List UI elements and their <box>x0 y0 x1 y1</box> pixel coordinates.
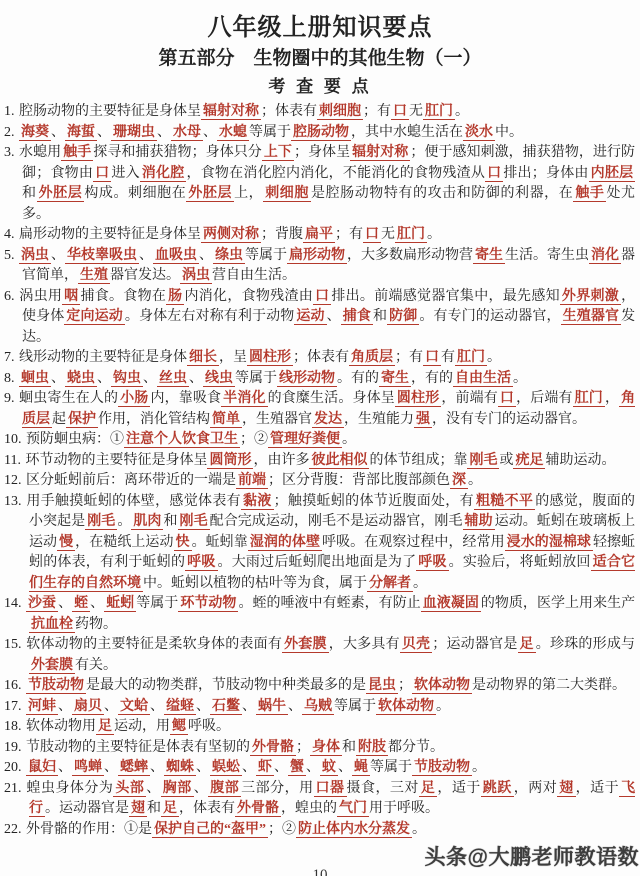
keyword-blank: 足 <box>518 637 536 653</box>
knowledge-item: 12. 区分蚯蚓前后：离环带近的一端是前端；区分背腹：背部比腹部颜色深。 <box>4 471 635 492</box>
page-title: 八年级上册知识要点 <box>0 7 640 42</box>
plain-text: 、 <box>104 760 118 775</box>
plain-text: 、 <box>146 781 160 796</box>
keyword-blank: 胸部 <box>161 781 194 797</box>
keyword-blank: 圆柱形 <box>395 391 441 407</box>
plain-text: 和 <box>147 801 161 816</box>
keyword-blank: 注意个人饮食卫生 <box>124 432 240 448</box>
plain-text: 都分节。 <box>388 740 444 755</box>
knowledge-item: 1. 腔肠动物的主要特征是身体呈辐射对称；体表有刺细胞；有口无肛门。 <box>4 102 635 123</box>
plain-text: 的体节组成；靠 <box>369 453 467 468</box>
keyword-blank: 生殖器官 <box>561 309 622 325</box>
item-number: 10. <box>4 432 26 447</box>
keyword-blank: 消化腔 <box>140 166 187 182</box>
item-number: 6. <box>4 289 19 304</box>
plain-text: 。 <box>342 432 356 447</box>
plain-text: 。 <box>117 514 131 529</box>
plain-text: 、 <box>139 248 153 263</box>
page-subtitle: 第五部分 生物圈中的其他生物（一） <box>0 43 640 70</box>
keyword-blank: 口 <box>93 166 111 182</box>
knowledge-item: 3. 水螅用触手探寻和捕获猎物；身体只分上下；身体呈辐射对称；便于感知刺激，捕获… <box>4 143 635 225</box>
plain-text: 。 <box>472 760 486 775</box>
keyword-blank: 定向运动 <box>64 309 125 325</box>
keyword-blank: 细长 <box>187 350 219 366</box>
plain-text: 区分蚯蚓前后：离环带近的一端是 <box>26 473 236 488</box>
keyword-blank: 粗糙不平 <box>474 494 535 510</box>
plain-text: 等属于 <box>136 596 178 611</box>
keyword-blank: 抗血栓 <box>29 617 75 633</box>
knowledge-item: 22. 外骨骼的作用：①是保护自己的“盔甲”；②防止体内水分蒸发。 <box>4 820 635 841</box>
keyword-blank: 强 <box>414 412 432 428</box>
keyword-blank: 肠 <box>166 289 184 305</box>
plain-text: ；有 <box>335 227 363 242</box>
plain-text: 、 <box>203 125 217 140</box>
keyword-blank: 扇贝 <box>72 699 104 715</box>
plain-text: 等属于 <box>334 699 376 714</box>
keyword-blank: 口 <box>498 391 516 407</box>
knowledge-item: 20. 鼠妇、鸣蝉、蟋蟀、蜘蛛、蜈蚣、虾、蟹、蚊、蝇等属于节肢动物。 <box>4 758 635 779</box>
plain-text: ，生殖能力 <box>344 412 414 427</box>
plain-text: ，由许多 <box>253 453 309 468</box>
keyword-blank: 虾 <box>256 760 274 776</box>
keyword-blank: 生殖 <box>78 268 110 284</box>
plain-text: 用手触摸蚯蚓的体壁，感觉体表有 <box>26 494 241 509</box>
knowledge-item: 8. 蛔虫、蛲虫、钩虫、丝虫、线虫等属于线形动物。有的寄生，有的自由生活。 <box>4 369 635 390</box>
knowledge-item: 19. 节肢动物的主要特征是体表有坚韧的外骨骼；身体和附肢都分节。 <box>4 738 635 759</box>
item-number: 9. <box>4 391 19 406</box>
keyword-blank: 蛔虫 <box>19 371 51 387</box>
plain-text: 有关。 <box>75 658 117 673</box>
plain-text: 中。 <box>495 125 523 140</box>
plain-text: 、 <box>51 248 65 263</box>
plain-text: 、 <box>97 125 111 140</box>
item-number: 4. <box>4 227 19 242</box>
keyword-blank: 水母 <box>171 125 203 141</box>
keyword-blank: 辐射对称 <box>350 145 410 161</box>
item-number: 21. <box>4 781 26 796</box>
plain-text: 、 <box>327 309 341 324</box>
item-number: 13. <box>4 494 26 509</box>
keyword-blank: 扁平 <box>303 227 335 243</box>
keyword-blank: 蝇 <box>352 760 370 776</box>
item-number: 1. <box>4 104 19 119</box>
plain-text: 。 <box>412 822 426 837</box>
plain-text: 涡虫用 <box>19 289 62 304</box>
keyword-blank: 蚯蚓 <box>104 596 136 612</box>
item-number: 22. <box>4 822 26 837</box>
plain-text: 。 <box>513 371 527 386</box>
knowledge-item: 16. 节肢动物是最大的动物类群，节肢动物中种类最多的是昆虫；软体动物是动物界的… <box>4 676 635 697</box>
worksheet-page: 八年级上册知识要点 第五部分 生物圈中的其他生物（一） 考 查 要 点 1. 腔… <box>0 0 640 876</box>
knowledge-item: 2. 海葵、海蜇、珊瑚虫、水母、水螅等属于腔肠动物，其中水螅生活在淡水中。 <box>4 123 635 144</box>
plain-text: 。珍珠的形成与 <box>536 637 635 652</box>
keyword-blank: 寄生 <box>473 248 505 264</box>
keyword-blank: 辅助 <box>463 514 495 530</box>
plain-text: ， <box>605 391 619 406</box>
keyword-blank: 外骨骼 <box>250 740 296 756</box>
plain-text: 呼吸。在观察过程中，经常用 <box>322 535 505 550</box>
plain-text: 或 <box>499 453 513 468</box>
keyword-blank: 贝壳 <box>400 637 432 653</box>
item-number: 7. <box>4 350 19 365</box>
keyword-blank: 节肢动物 <box>26 678 86 694</box>
keyword-blank: 钩虫 <box>111 371 143 387</box>
keyword-blank: 圆筒形 <box>207 453 253 469</box>
plain-text: ；身体呈 <box>294 145 350 160</box>
plain-text: 、 <box>104 699 118 714</box>
plain-text: 摄食，三对 <box>347 781 419 796</box>
keyword-blank: 淡水 <box>463 125 495 141</box>
plain-text: 生活。寄生虫 <box>505 248 589 263</box>
plain-text: ，生殖器官 <box>242 412 312 427</box>
plain-text: 运动，用 <box>114 719 170 734</box>
plain-text: ，呈 <box>219 350 247 365</box>
keyword-blank: 足 <box>419 781 437 797</box>
plain-text: 。实验后，将蚯蚓放回 <box>449 555 591 570</box>
keyword-blank: 保护 <box>66 412 98 428</box>
plain-text: 和 <box>22 186 37 201</box>
keyword-blank: 华枝睾吸虫 <box>65 248 139 264</box>
keyword-blank: 蜘蛛 <box>164 760 196 776</box>
keyword-blank: 角质层 <box>349 350 395 366</box>
keyword-blank: 沙蚕 <box>26 596 58 612</box>
plain-text: ；触摸蚯蚓的体节近腹面处，有 <box>274 494 474 509</box>
keyword-blank: 鳃 <box>170 719 188 735</box>
plain-text: 三部分，用 <box>241 781 313 796</box>
plain-text: 、 <box>51 371 65 386</box>
plain-text: 、 <box>338 760 352 775</box>
knowledge-item: 17. 河蚌、扇贝、文蛤、缢蛏、石鳖、蜗牛、乌贼等属于软体动物。 <box>4 697 635 718</box>
keyword-blank: 快 <box>174 535 192 551</box>
plain-text: 、 <box>196 760 210 775</box>
item-number: 17. <box>4 699 26 714</box>
item-number: 18. <box>4 719 26 734</box>
plain-text: 。 <box>455 104 469 119</box>
plain-text: 。有专门的运动器官， <box>419 309 560 324</box>
plain-text: ，有的 <box>411 371 453 386</box>
plain-text: 水螅用 <box>19 145 61 160</box>
keyword-blank: 软体动物 <box>412 678 472 694</box>
keyword-blank: 珊瑚虫 <box>111 125 157 141</box>
plain-text: 。有的 <box>337 371 379 386</box>
keyword-blank: 运动 <box>294 309 326 325</box>
keyword-blank: 涡虫 <box>180 268 212 284</box>
keyword-blank: 保护自己的“盔甲” <box>152 822 268 838</box>
plain-text: 。蚯蚓靠 <box>192 535 248 550</box>
plain-text: 软体动物用 <box>26 719 96 734</box>
plain-text: 配合完成运动，刚毛不是运动器官，刚毛 <box>210 514 463 529</box>
keyword-blank: 线虫 <box>203 371 235 387</box>
keyword-blank: 节肢动物 <box>412 760 472 776</box>
keyword-blank: 呼吸 <box>416 555 448 571</box>
plain-text: 扁形动物的主要特征是身体呈 <box>19 227 201 242</box>
plain-text: 、 <box>143 371 157 386</box>
plain-text: 等属于 <box>249 125 291 140</box>
item-number: 14. <box>4 596 26 611</box>
keyword-blank: 内胚层 <box>589 166 635 182</box>
keyword-blank: 浸水的湿棉球 <box>505 535 593 551</box>
plain-text: ，两对 <box>514 781 557 796</box>
keyword-blank: 外胚层 <box>186 186 234 202</box>
plain-text: ，食物在消化腔内消化，不能消化的食物残渣从 <box>186 166 485 181</box>
plain-text: 用于呼吸。 <box>369 801 439 816</box>
keyword-blank: 丝虫 <box>157 371 189 387</box>
keyword-blank: 触手 <box>61 145 93 161</box>
keyword-blank: 蜗牛 <box>256 699 288 715</box>
plain-text: ；有 <box>395 350 423 365</box>
plain-text: 。 <box>427 227 441 242</box>
keyword-blank: 跳跃 <box>481 781 514 797</box>
plain-text: ，大多数扁形动物营 <box>347 248 473 263</box>
plain-text: 等属于 <box>370 760 412 775</box>
keyword-blank: 涡虫 <box>19 248 51 264</box>
plain-text: 内，靠吸食 <box>150 391 221 406</box>
keyword-blank: 捕食 <box>341 309 373 325</box>
plain-text: 、 <box>194 781 208 796</box>
plain-text: 预防蛔虫病：① <box>26 432 124 447</box>
plain-text: 、 <box>242 699 256 714</box>
plain-text: 中。蚯蚓以植物的枯叶等为食，属于 <box>143 576 367 591</box>
plain-text: 、 <box>97 371 111 386</box>
plain-text: 、 <box>58 699 72 714</box>
plain-text: 呼吸。 <box>188 719 230 734</box>
plain-text: 腔肠动物的主要特征是身体呈 <box>19 104 201 119</box>
plain-text: 、 <box>199 248 213 263</box>
keyword-blank: 海葵 <box>19 125 51 141</box>
keyword-blank: 分解者 <box>367 576 413 592</box>
keyword-blank: 刺细胞 <box>317 104 363 120</box>
keyword-blank: 圆柱形 <box>247 350 293 366</box>
keyword-blank: 口 <box>423 350 441 366</box>
keyword-blank: 蟋蟀 <box>118 760 150 776</box>
plain-text: 、 <box>242 760 256 775</box>
keyword-blank: 肛门 <box>455 350 487 366</box>
plain-text: 是腔肠动物特有的攻击和防御的利器，在 <box>311 186 573 201</box>
keyword-blank: 鼠妇 <box>26 760 58 776</box>
knowledge-item: 10. 预防蛔虫病：①注意个人饮食卫生；②管理好粪便。 <box>4 430 635 451</box>
plain-text: 进入 <box>111 166 139 181</box>
keyword-blank: 海蜇 <box>65 125 97 141</box>
keyword-blank: 刚毛 <box>467 453 499 469</box>
plain-text: 线形动物的主要特征是身体 <box>19 350 187 365</box>
plain-text: 。身体左右对称有利于动物 <box>125 309 294 324</box>
knowledge-item: 6. 涡虫用咽捕食。食物在肠内消化，食物残渣由口排出。前端感觉器官集中，最先感知… <box>4 287 635 349</box>
plain-text: 。 <box>468 473 482 488</box>
plain-text: 辅助运动。 <box>545 453 615 468</box>
keyword-blank: 文蛤 <box>118 699 150 715</box>
plain-text: 、 <box>189 371 203 386</box>
keyword-blank: 血吸虫 <box>153 248 199 264</box>
plain-text: 的物质，医学上用来生产 <box>481 596 635 611</box>
keyword-blank: 刚毛 <box>85 514 117 530</box>
keyword-blank: 肌肉 <box>131 514 163 530</box>
knowledge-item: 9. 蛔虫寄生在人的小肠内，靠吸食半消化的食糜生活。身体呈圆柱形，前端有口，后端… <box>4 389 635 430</box>
keyword-blank: 口 <box>363 227 381 243</box>
keyword-blank: 外套膜 <box>29 658 75 674</box>
knowledge-item: 18. 软体动物用足运动，用鳃呼吸。 <box>4 717 635 738</box>
plain-text: 上， <box>234 186 263 201</box>
keyword-blank: 上下 <box>262 145 294 161</box>
keyword-blank: 辐射对称 <box>201 104 261 120</box>
plain-text: 捕食。食物在 <box>80 289 166 304</box>
plain-text: 药物。 <box>75 617 117 632</box>
keyword-blank: 彼此相似 <box>309 453 369 469</box>
keyword-blank: 湿润的体壁 <box>248 535 322 551</box>
plain-text: 、 <box>90 596 104 611</box>
plain-text: 、 <box>157 125 171 140</box>
plain-text: 排出。前端感觉器官集中，最先感知 <box>331 289 560 304</box>
plain-text: 和 <box>163 514 177 529</box>
keyword-blank: 蟹 <box>288 760 306 776</box>
plain-text: 无 <box>409 104 423 119</box>
plain-text: ；体表有 <box>261 104 317 119</box>
keyword-blank: 两侧对称 <box>201 227 261 243</box>
plain-text: 等属于 <box>245 248 287 263</box>
plain-text: 、 <box>288 699 302 714</box>
plain-text: 。 <box>413 576 427 591</box>
plain-text: ；背腹 <box>261 227 303 242</box>
keyword-blank: 蜈蚣 <box>210 760 242 776</box>
keyword-blank: 消化 <box>589 248 621 264</box>
plain-text: 和 <box>373 309 387 324</box>
knowledge-item: 14. 沙蚕、蛭、蚯蚓等属于环节动物。蛭的唾液中有蛭素，有防止血液凝固的物质，医… <box>4 594 635 635</box>
keyword-blank: 腔肠动物 <box>291 125 351 141</box>
item-number: 2. <box>4 125 19 140</box>
keyword-blank: 软体动物 <box>376 699 436 715</box>
keyword-blank: 昆虫 <box>366 678 398 694</box>
keyword-blank: 肛门 <box>395 227 427 243</box>
keyword-blank: 血液凝固 <box>421 596 481 612</box>
plain-text: 无 <box>381 227 395 242</box>
plain-text: 、 <box>274 760 288 775</box>
keyword-blank: 蛲虫 <box>65 371 97 387</box>
plain-text: 器官发达。 <box>110 268 180 283</box>
plain-text: 、 <box>58 760 72 775</box>
keyword-blank: 管理好粪便 <box>268 432 342 448</box>
plain-text: ；② <box>240 432 268 447</box>
item-number: 5. <box>4 248 19 263</box>
keyword-blank: 肛门 <box>423 104 455 120</box>
plain-text: 是最大的动物类群，节肢动物中种类最多的是 <box>86 678 366 693</box>
plain-text: ，体表有 <box>179 801 235 816</box>
keyword-blank: 刺细胞 <box>263 186 311 202</box>
plain-text: 作用，消化管结构 <box>98 412 210 427</box>
knowledge-item: 21. 蝗虫身体分为头部、胸部、腹部三部分，用口器摄食，三对足，适于跳跃，两对翅… <box>4 779 635 820</box>
keyword-blank: 缢蛏 <box>164 699 196 715</box>
keyword-blank: 绦虫 <box>213 248 245 264</box>
item-number: 19. <box>4 740 26 755</box>
keyword-blank: 腹部 <box>208 781 241 797</box>
keyword-blank: 咽 <box>62 289 80 305</box>
plain-text: 环节动物的主要特征是身体呈 <box>25 453 207 468</box>
keyword-blank: 身体 <box>310 740 342 756</box>
plain-text: 有 <box>441 350 455 365</box>
item-number: 3. <box>4 145 19 160</box>
keyword-blank: 线形动物 <box>277 371 337 387</box>
keyword-blank: 足 <box>161 801 179 817</box>
plain-text: ，后端有 <box>516 391 573 406</box>
keyword-blank: 鸣蝉 <box>72 760 104 776</box>
keyword-blank: 小肠 <box>118 391 150 407</box>
knowledge-item: 13. 用手触摸蚯蚓的体壁，感觉体表有黏液；触摸蚯蚓的体节近腹面处，有粗糙不平的… <box>4 492 635 595</box>
keyword-blank: 触手 <box>573 186 606 202</box>
plain-text: 。 <box>487 350 501 365</box>
keyword-blank: 口器 <box>314 781 347 797</box>
plain-text: 节肢动物的主要特征是体表有坚韧的 <box>26 740 250 755</box>
keyword-blank: 水螅 <box>217 125 249 141</box>
section-heading: 考 查 要 点 <box>0 72 640 97</box>
plain-text: 。蛭的唾液中有蛭素，有防止 <box>238 596 420 611</box>
keyword-blank: 翅 <box>557 781 575 797</box>
keyword-blank: 前端 <box>236 473 268 489</box>
keyword-blank: 肛门 <box>573 391 605 407</box>
knowledge-item: 7. 线形动物的主要特征是身体细长，呈圆柱形；体表有角质层；有口有肛门。 <box>4 348 635 369</box>
plain-text: 和 <box>342 740 356 755</box>
keyword-blank: 翅 <box>129 801 147 817</box>
plain-text: ； <box>398 678 412 693</box>
plain-text: 。 <box>436 699 450 714</box>
plain-text: 蛔虫寄生在人的 <box>19 391 118 406</box>
plain-text: ；体表有 <box>293 350 349 365</box>
keyword-blank: 发达 <box>312 412 344 428</box>
plain-text: 营自由生活。 <box>212 268 296 283</box>
plain-text: 外骨骼的作用：①是 <box>26 822 152 837</box>
keyword-blank: 刚毛 <box>178 514 210 530</box>
plain-text: 等属于 <box>235 371 277 386</box>
plain-text: 、 <box>306 760 320 775</box>
keyword-blank: 乌贼 <box>302 699 334 715</box>
keyword-blank: 蛭 <box>72 596 90 612</box>
keyword-blank: 气门 <box>337 801 369 817</box>
plain-text: 的食糜生活。身体呈 <box>268 391 395 406</box>
keyword-blank: 河蚌 <box>26 699 58 715</box>
plain-text: ； <box>296 740 310 755</box>
item-number: 16. <box>4 678 26 693</box>
item-number: 11. <box>4 453 25 468</box>
plain-text: ；② <box>268 822 296 837</box>
keyword-blank: 足 <box>96 719 114 735</box>
keyword-blank: 深 <box>450 473 468 489</box>
plain-text: ，大多具有 <box>329 637 400 652</box>
plain-text: 起 <box>52 412 66 427</box>
plain-text: ，在糙纸上运动 <box>75 535 173 550</box>
keyword-blank: 自由生活 <box>453 371 513 387</box>
item-number: 12. <box>4 473 26 488</box>
plain-text: 蝗虫身体分为 <box>26 781 113 796</box>
keyword-blank: 外界刺激 <box>560 289 621 305</box>
plain-text: ，适于 <box>576 781 619 796</box>
keyword-blank: 防御 <box>387 309 419 325</box>
plain-text: 构成。刺细胞在 <box>84 186 186 201</box>
plain-text: 、 <box>51 125 65 140</box>
keyword-blank: 呼吸 <box>185 555 217 571</box>
item-number: 15. <box>4 637 26 652</box>
keyword-blank: 疣足 <box>513 453 545 469</box>
plain-text: ，蝗虫的 <box>281 801 337 816</box>
knowledge-item: 15. 软体动物的主要特征是柔软身体的表面有外套膜，大多具有贝壳；运动器官是足。… <box>4 635 635 676</box>
knowledge-item: 5. 涡虫、华枝睾吸虫、血吸虫、绦虫等属于扁形动物，大多数扁形动物营寄生生活。寄… <box>4 246 635 287</box>
keyword-blank: 口 <box>485 166 503 182</box>
knowledge-point-list: 1. 腔肠动物的主要特征是身体呈辐射对称；体表有刺细胞；有口无肛门。2. 海葵、… <box>0 102 640 840</box>
keyword-blank: 附肢 <box>356 740 388 756</box>
keyword-blank: 口 <box>313 289 331 305</box>
item-number: 20. <box>4 760 26 775</box>
keyword-blank: 外骨骼 <box>235 801 281 817</box>
keyword-blank: 慢 <box>57 535 75 551</box>
plain-text: ；运动器官是 <box>432 637 517 652</box>
plain-text: ，其中水螅生活在 <box>351 125 463 140</box>
knowledge-item: 11. 环节动物的主要特征是身体呈圆筒形，由许多彼此相似的体节组成；靠刚毛或疣足… <box>4 451 635 472</box>
